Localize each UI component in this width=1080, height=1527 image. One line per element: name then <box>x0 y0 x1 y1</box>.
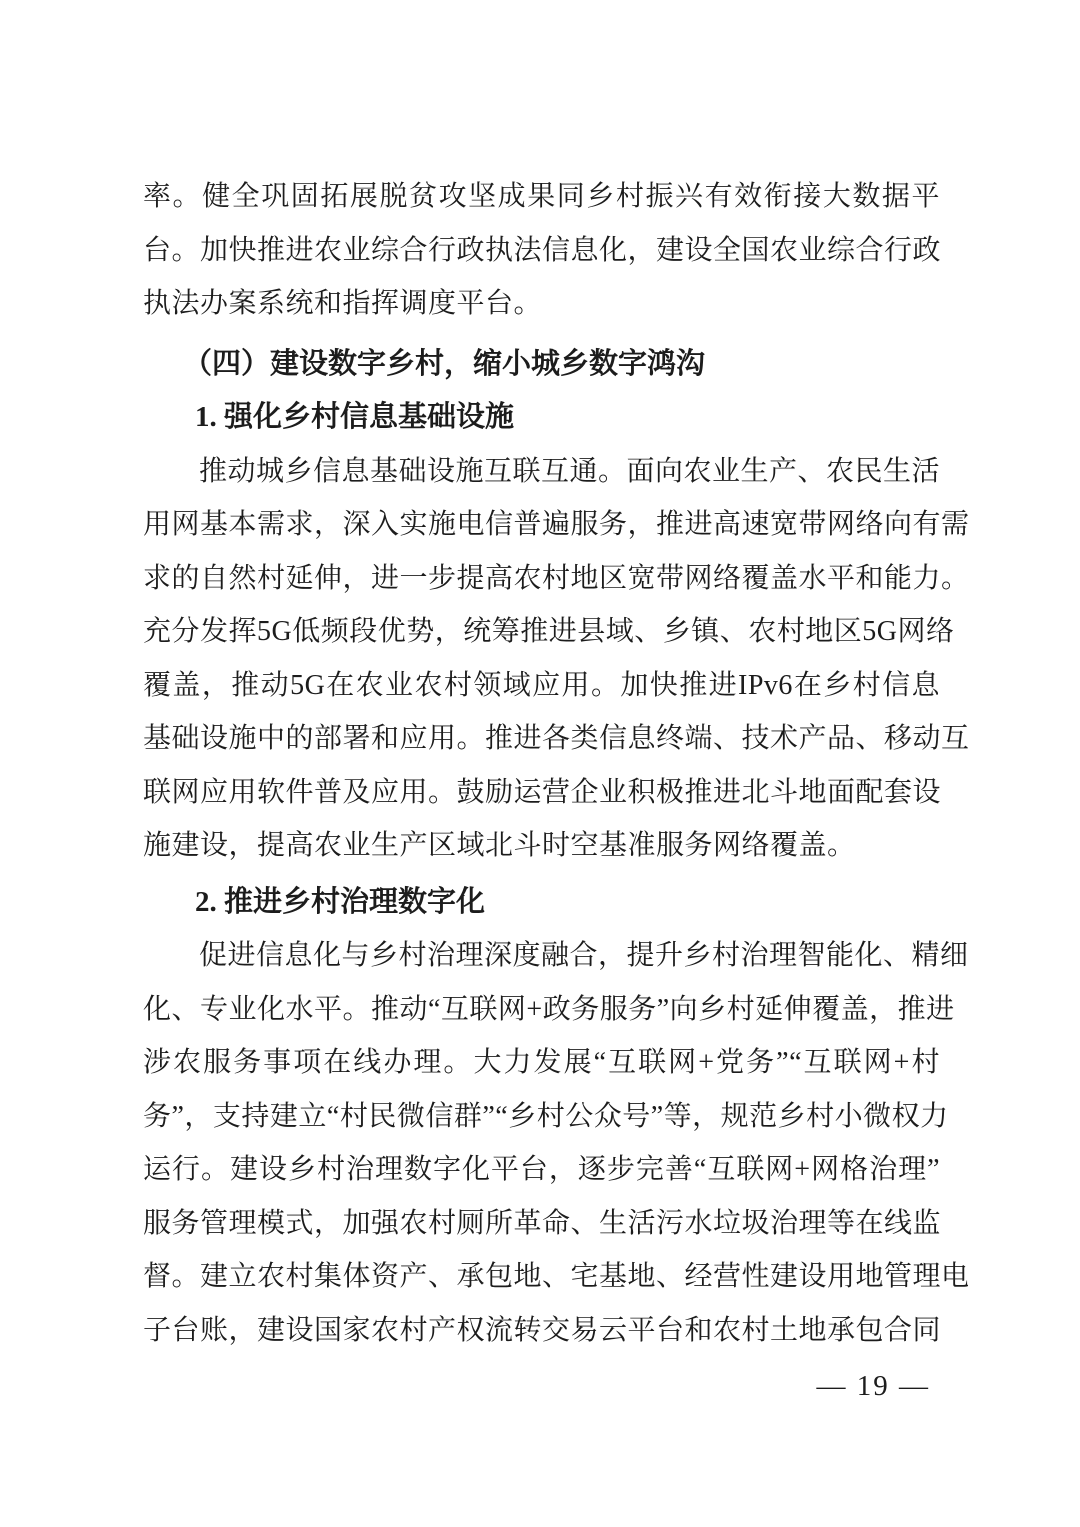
text-line: 基础设施中的部署和应用。推进各类信息终端、技术产品、移动互 <box>143 712 940 766</box>
page-number: — 19 — <box>817 1366 931 1406</box>
text-line: 施建设，提高农业生产区域北斗时空基准服务网络覆盖。 <box>143 819 940 873</box>
paragraph-continuation: 率。健全巩固拓展脱贫攻坚成果同乡村振兴有效衔接大数据平 台。加快推进农业综合行政… <box>143 170 940 331</box>
section-heading: （四）建设数字乡村，缩小城乡数字鸿沟 <box>143 338 940 392</box>
text-line: 执法办案系统和指挥调度平台。 <box>143 277 940 331</box>
text-line: 台。加快推进农业综合行政执法信息化，建设全国农业综合行政 <box>143 224 940 278</box>
text-line: 率。健全巩固拓展脱贫攻坚成果同乡村振兴有效衔接大数据平 <box>143 170 940 224</box>
document-page: 率。健全巩固拓展脱贫攻坚成果同乡村振兴有效衔接大数据平 台。加快推进农业综合行政… <box>0 0 1080 1527</box>
text-line: 涉农服务事项在线办理。大力发展“互联网+党务”“互联网+村 <box>143 1036 940 1090</box>
page-content: 率。健全巩固拓展脱贫攻坚成果同乡村振兴有效衔接大数据平 台。加快推进农业综合行政… <box>143 170 940 1357</box>
subsection-heading-1: 1. 强化乡村信息基础设施 <box>143 391 940 445</box>
text-line: 促进信息化与乡村治理深度融合，提升乡村治理智能化、精细 <box>143 929 940 983</box>
text-line: 子台账，建设国家农村产权流转交易云平台和农村土地承包合同 <box>143 1304 940 1358</box>
text-line: 督。建立农村集体资产、承包地、宅基地、经营性建设用地管理电 <box>143 1250 940 1304</box>
text-line: 用网基本需求，深入实施电信普遍服务，推进高速宽带网络向有需 <box>143 498 940 552</box>
paragraph-2: 促进信息化与乡村治理深度融合，提升乡村治理智能化、精细 化、专业化水平。推动“互… <box>143 929 940 1357</box>
paragraph-1: 推动城乡信息基础设施互联互通。面向农业生产、农民生活 用网基本需求，深入实施电信… <box>143 445 940 873</box>
text-line: 推动城乡信息基础设施互联互通。面向农业生产、农民生活 <box>143 445 940 499</box>
text-line: 覆盖，推动5G在农业农村领域应用。加快推进IPv6在乡村信息 <box>143 659 940 713</box>
subsection-heading-2: 2. 推进乡村治理数字化 <box>143 876 940 930</box>
text-line: 化、专业化水平。推动“互联网+政务服务”向乡村延伸覆盖，推进 <box>143 983 940 1037</box>
text-line: 求的自然村延伸，进一步提高农村地区宽带网络覆盖水平和能力。 <box>143 552 940 606</box>
text-line: 运行。建设乡村治理数字化平台，逐步完善“互联网+网格治理” <box>143 1143 940 1197</box>
text-line: 联网应用软件普及应用。鼓励运营企业积极推进北斗地面配套设 <box>143 766 940 820</box>
text-line: 充分发挥5G低频段优势，统筹推进县域、乡镇、农村地区5G网络 <box>143 605 940 659</box>
text-line: 服务管理模式，加强农村厕所革命、生活污水垃圾治理等在线监 <box>143 1197 940 1251</box>
text-line: 务”，支持建立“村民微信群”“乡村公众号”等，规范乡村小微权力 <box>143 1090 940 1144</box>
